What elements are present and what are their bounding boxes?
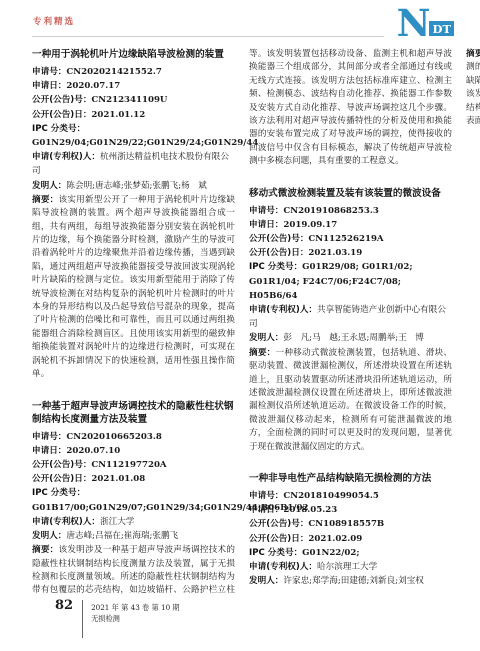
patent-field-inventors: 发明人：陈会明;唐志峰;张梦茹;张鹏飞;杨 斌 — [32, 179, 235, 193]
patent-abstract: 摘要：该实用新型公开了一种用于涡轮机叶片边缘缺陷导波检测的装置。两个超声导波换能… — [32, 194, 235, 382]
field-value: 2021.01.12 — [91, 110, 145, 120]
patent-field-pub-no: 公开(公告)号：CN212341109U — [32, 93, 235, 107]
patent-field-applicant: 申请(专利权)人：杭州浙达精益机电技术股份有限公司 — [32, 150, 235, 178]
field-label: 申请号： — [249, 491, 283, 501]
field-value: 彭 凡;马 越;王永恩;周鹏举;王 博 — [283, 333, 424, 343]
field-label: 发明人： — [249, 333, 283, 343]
patent-entry-3: 移动式微波检测装置及装有该装置的微波设备申请号：CN201910868253.3… — [249, 187, 452, 454]
patent-field-app-no: 申请号：CN202010665203.8 — [32, 430, 235, 444]
patent-field-pub-date: 公开(公告)日：2021.01.08 — [32, 472, 235, 486]
field-value: 许家忠;郑学海;田建德;刘新良;刘宝权 — [283, 576, 424, 586]
abstract-label: 摘要： — [249, 348, 276, 358]
abstract-label: 摘要： — [32, 195, 59, 205]
field-value: CN212341109U — [91, 95, 167, 105]
field-value: CN201810499054.5 — [283, 491, 378, 501]
journal-name: 无损检测 — [91, 614, 180, 625]
field-value: 2021.02.09 — [308, 534, 362, 544]
issue-line: 2021 年 第 43 卷 第 10 期 — [91, 603, 180, 614]
patent-field-inventors: 发明人：唐志峰;吕福在;崔海瑞;张鹏飞 — [32, 529, 235, 543]
patent-field-applicant: 申请(专利权)人：共享智能铸造产业创新中心有限公司 — [249, 303, 452, 331]
field-label: 申请(专利权)人： — [249, 562, 317, 572]
ndt-journal-logo-icon: N DT — [393, 9, 454, 38]
patent-field-app-date: 申请日：2020.07.17 — [32, 79, 235, 93]
patent-field-inventors: 发明人：许家忠;郑学海;田建德;刘新良;刘宝权 — [249, 574, 452, 588]
patent-field-pub-no: 公开(公告)号：CN112197720A — [32, 458, 235, 472]
field-label: 申请(专利权)人： — [249, 305, 317, 315]
field-label: 申请日： — [32, 81, 66, 91]
patent-field-pub-no: 公开(公告)号：CN112526219A — [249, 232, 452, 246]
journal-info: 2021 年 第 43 卷 第 10 期 无损检测 — [91, 598, 180, 624]
field-value: 2019.09.17 — [283, 220, 337, 230]
patent-field-ipc: IPC 分类号：G01R29/08; G01R1/02; G01R1/04; F… — [249, 260, 452, 303]
logo-dt-box: DT — [429, 21, 454, 36]
field-label: IPC 分类号： — [32, 488, 85, 498]
field-label: 公开(公告)日： — [32, 474, 91, 484]
field-label: 发明人： — [249, 576, 283, 586]
field-label: 申请(专利权)人： — [32, 517, 100, 527]
page-footer: 82 2021 年 第 43 卷 第 10 期 无损检测 — [55, 598, 180, 638]
patent-title: 一种非导电性产品结构缺陷无损检测的方法 — [249, 472, 452, 485]
field-label: 申请号： — [32, 67, 66, 77]
page-number: 82 — [55, 598, 73, 614]
field-label: 公开(公告)号： — [249, 234, 308, 244]
field-value: CN201910868253.3 — [283, 206, 378, 216]
field-label: 发明人： — [32, 531, 66, 541]
field-label: IPC 分类号： — [249, 548, 302, 558]
patent-entry-1: 一种用于涡轮机叶片边缘缺陷导波检测的装置申请号：CN202021421552.7… — [32, 48, 235, 382]
field-label: 公开(公告)号： — [249, 519, 308, 529]
field-value: 2021.01.08 — [91, 474, 145, 484]
patent-title: 一种基于超声导波声场调控技术的隐蔽性柱状钢制结构长度测量方法及装置 — [32, 400, 235, 426]
field-label: 申请日： — [249, 505, 283, 515]
patent-field-ipc: IPC 分类号：G01B17/00;G01N29/07;G01N29/34;G0… — [32, 486, 235, 514]
patent-field-app-date: 申请日：2019.09.17 — [249, 218, 452, 232]
patent-field-applicant: 申请(专利权)人：浙江大学 — [32, 515, 235, 529]
field-value: 2021.03.19 — [308, 248, 362, 258]
field-label: 申请(专利权)人： — [32, 152, 100, 162]
header-rule — [32, 36, 384, 37]
patent-title: 移动式微波检测装置及装有该装置的微波设备 — [249, 187, 452, 200]
field-label: IPC 分类号： — [249, 262, 302, 272]
field-value: 2020.07.17 — [66, 81, 120, 91]
field-value: 2018.05.23 — [283, 505, 337, 515]
patent-abstract: 摘要：该发明涉及一种非导电性产品结构缺陷无损检测的方法。现有技术需要破坏产品形状… — [466, 48, 480, 128]
abstract-label: 摘要： — [466, 49, 480, 59]
field-value: G01N29/04;G01N29/22;G01N29/24;G01N29/44 — [32, 138, 258, 148]
field-value: 2020.07.10 — [66, 446, 120, 456]
patent-field-app-no: 申请号：CN202021421552.7 — [32, 65, 235, 79]
field-value: CN108918557B — [308, 519, 384, 529]
logo-letter-n: N — [397, 9, 429, 38]
field-value: 唐志峰;吕福在;崔海瑞;张鹏飞 — [66, 531, 178, 541]
field-value: CN202010665203.8 — [66, 432, 161, 442]
section-label: 专利精选 — [33, 15, 75, 27]
field-label: 申请日： — [32, 446, 66, 456]
field-label: 公开(公告)日： — [249, 248, 308, 258]
field-value: G01N22/02; — [302, 548, 359, 558]
patent-field-ipc: IPC 分类号：G01N22/02; — [249, 546, 452, 560]
field-value: 陈会明;唐志峰;张梦茹;张鹏飞;杨 斌 — [66, 181, 207, 191]
patent-field-pub-date: 公开(公告)日：2021.01.12 — [32, 108, 235, 122]
patent-field-app-no: 申请号：CN201910868253.3 — [249, 204, 452, 218]
patent-field-app-no: 申请号：CN201810499054.5 — [249, 489, 452, 503]
field-label: 申请号： — [32, 432, 66, 442]
field-value: CN112526219A — [308, 234, 383, 244]
field-label: 公开(公告)日： — [32, 110, 91, 120]
field-value: 浙江大学 — [100, 517, 134, 527]
abstract-label: 摘要： — [32, 545, 59, 555]
field-label: 申请日： — [249, 220, 283, 230]
field-value: 哈尔滨理工大学 — [317, 562, 377, 572]
field-value: CN202021421552.7 — [66, 67, 161, 77]
field-value: CN112197720A — [91, 460, 166, 470]
patent-field-pub-date: 公开(公告)日：2021.03.19 — [249, 246, 452, 260]
patent-field-pub-date: 公开(公告)日：2021.02.09 — [249, 532, 452, 546]
field-label: 公开(公告)号： — [32, 460, 91, 470]
patent-field-ipc: IPC 分类号：G01N29/04;G01N29/22;G01N29/24;G0… — [32, 122, 235, 150]
patents-flow: 一种用于涡轮机叶片边缘缺陷导波检测的装置申请号：CN202021421552.7… — [32, 48, 452, 600]
footer-divider — [82, 600, 83, 638]
field-label: 公开(公告)号： — [32, 95, 91, 105]
field-label: 发明人： — [32, 181, 66, 191]
patent-title: 一种用于涡轮机叶片边缘缺陷导波检测的装置 — [32, 48, 235, 61]
field-label: IPC 分类号： — [32, 124, 85, 134]
field-label: 公开(公告)日： — [249, 534, 308, 544]
patent-field-app-date: 申请日：2020.07.10 — [32, 444, 235, 458]
patent-field-inventors: 发明人：彭 凡;马 越;王永恩;周鹏举;王 博 — [249, 331, 452, 345]
patent-gazette-page: 专利精选 N DT 一种用于涡轮机叶片边缘缺陷导波检测的装置申请号：CN2020… — [0, 0, 480, 651]
patent-abstract: 摘要：一种移动式微波检测装置，包括轨道、滑块、驱动装置、微波泄漏检测仪，所述滑块… — [249, 347, 452, 454]
field-label: 申请号： — [249, 206, 283, 216]
patent-field-applicant: 申请(专利权)人：哈尔滨理工大学 — [249, 560, 452, 574]
patent-field-pub-no: 公开(公告)号：CN108918557B — [249, 517, 452, 531]
patent-field-app-date: 申请日：2018.05.23 — [249, 503, 452, 517]
